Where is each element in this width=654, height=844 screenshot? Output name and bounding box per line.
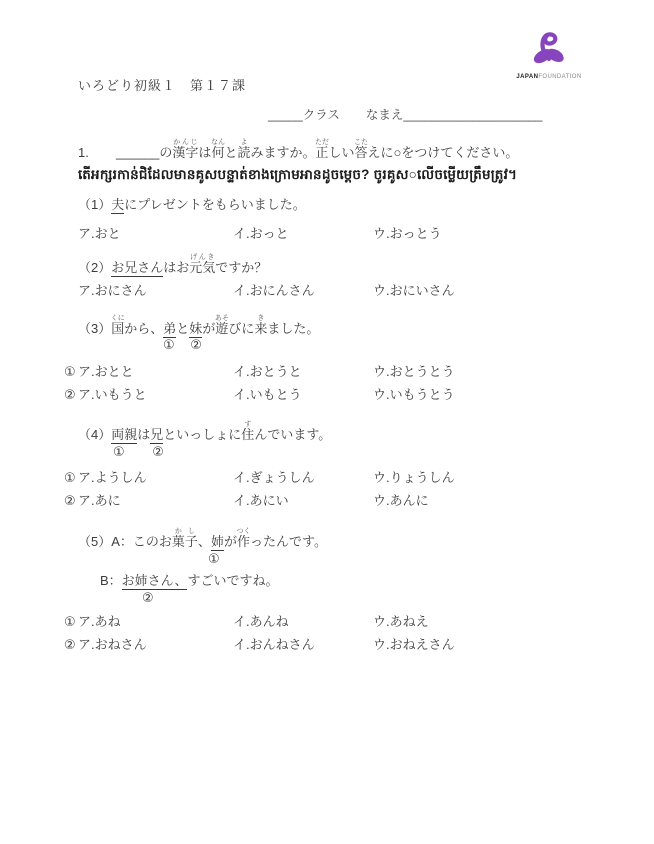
option-i: イ.いもとう	[233, 387, 373, 403]
text-with-furigana: 遊あそ	[215, 321, 228, 336]
circled-2-marker: ②	[190, 337, 202, 353]
circled-1-marker: ①	[208, 551, 220, 567]
worksheet-content: いろどり初級１ 第１７課 _____クラスなまえ________________…	[0, 0, 654, 653]
class-blank: _____	[268, 108, 303, 122]
option-u: ウ.おとうとう	[373, 364, 614, 380]
question-3-stem: （3）国くにから、弟と妹が遊あそびに来きました。	[78, 315, 614, 337]
text-segment: ったんです。	[250, 534, 327, 549]
underlined-kanji: 妹	[189, 321, 202, 338]
japan-foundation-wordmark: JAPANFOUNDATION	[516, 69, 582, 85]
text-segment: の	[159, 145, 172, 160]
underlined-kanji: お姉さん、	[122, 573, 188, 590]
row-marker: ①	[64, 470, 78, 486]
japan-foundation-flower-icon	[528, 30, 570, 64]
task-number: 1.	[78, 145, 116, 161]
question-5-marker-b: ②	[78, 590, 614, 606]
text-segment: ______	[116, 145, 159, 160]
option-a: ア.いもうと	[78, 387, 233, 403]
question-1-stem: （1）夫にプレゼントをもらいました。	[78, 197, 614, 213]
text-with-furigana: 菓子かし	[172, 534, 198, 549]
option-i: イ.ぎょうしん	[233, 470, 373, 486]
option-i: イ.あんね	[233, 614, 373, 630]
question-4-underline-markers: ① ②	[78, 444, 614, 460]
text-segment: んでいます。	[254, 427, 331, 442]
question-2-options: ア.おにさん イ.おにんさん ウ.おにいさん	[78, 283, 614, 299]
question-2-stem: （2）お兄さんはお元気げんきですか？	[78, 254, 614, 276]
option-u: ウ.おねえさん	[373, 637, 614, 653]
text-with-furigana: 正ただ	[316, 145, 329, 160]
option-a: ア.ようしん	[78, 470, 233, 486]
text-with-furigana: 何なん	[211, 145, 224, 160]
option-u: ウ.あんに	[373, 493, 614, 509]
text-segment: はお	[163, 260, 189, 275]
text-segment: 、	[198, 534, 211, 549]
text-segment: と	[176, 321, 189, 336]
text-segment: （1）	[78, 197, 111, 212]
name-label: なまえ	[366, 108, 404, 122]
text-segment: （3）	[78, 321, 111, 336]
question-4-stem: （4）両親は兄といっしょに住すんでいます。	[78, 421, 614, 443]
question-5-options-row-1: ① ア.あね イ.あんね ウ.あねえ	[78, 614, 614, 630]
option-i: イ.おっと	[233, 226, 373, 242]
option-u: ウ.おっとう	[373, 226, 614, 242]
option-i: イ.あにい	[233, 493, 373, 509]
underlined-kanji: 姉	[211, 534, 224, 551]
text-with-furigana: 住す	[241, 427, 254, 442]
brand-bold: JAPAN	[516, 74, 538, 80]
name-blank: ____________________	[403, 108, 542, 122]
text-segment: といっしょに	[163, 427, 241, 442]
option-i: イ.おんねさん	[233, 637, 373, 653]
brand-light: FOUNDATION	[538, 74, 581, 80]
circled-1-marker: ①	[163, 337, 175, 353]
question-4-options-row-1: ① ア.ようしん イ.ぎょうしん ウ.りょうしん	[78, 470, 614, 486]
worksheet-page: JAPANFOUNDATION いろどり初級１ 第１７課 _____クラスなまえ…	[0, 0, 654, 844]
text-segment: から、	[124, 321, 163, 336]
option-a: ア.おにさん	[78, 283, 233, 299]
underlined-kanji: 兄	[150, 427, 163, 444]
underlined-kanji: お兄さん	[111, 260, 163, 277]
text-segment: は	[198, 145, 211, 160]
text-segment: しい	[329, 145, 355, 160]
question-5-line-a: （5）A：このお菓子かし、姉が作つくったんです。	[78, 528, 614, 550]
underlined-kanji: 弟	[163, 321, 176, 338]
option-a: ア.おとと	[78, 364, 233, 380]
row-marker: ②	[64, 493, 78, 509]
text-with-furigana: 漢字かんじ	[172, 145, 198, 160]
text-segment: すごいですね。	[187, 573, 278, 588]
text-segment: みますか。	[250, 145, 315, 160]
text-segment: えに○をつけてください。	[368, 145, 519, 160]
text-with-furigana: 元気げんき	[189, 260, 215, 275]
task-instruction-khmer: តើអក្សរកាន់ជិដែលមានគូសបន្ទាត់ខាងក្រោមអាន…	[78, 167, 614, 183]
question-5-line-b: B：お姉さん、すごいですね。	[100, 573, 614, 589]
circled-1-marker: ①	[113, 444, 125, 460]
text-segment: ですか？	[215, 260, 267, 275]
text-segment: ました。	[267, 321, 319, 336]
question-4-options-row-2: ② ア.あに イ.あにい ウ.あんに	[78, 493, 614, 509]
option-i: イ.おにんさん	[233, 283, 373, 299]
circled-2-marker: ②	[152, 444, 164, 460]
text-with-furigana: 作つく	[237, 534, 250, 549]
option-u: ウ.りょうしん	[373, 470, 614, 486]
text-with-furigana: 国くに	[111, 321, 124, 336]
text-segment: にプレゼントをもらいました。	[124, 197, 305, 212]
question-5-marker-a: ①	[78, 551, 614, 567]
text-segment: が	[202, 321, 215, 336]
task-instruction-japanese: 1.______の漢字かんじは何なんと読よみますか。正ただしい答こたえに○をつけ…	[78, 139, 614, 161]
class-name-line: _____クラスなまえ____________________	[268, 107, 614, 123]
option-a: ア.あに	[78, 493, 233, 509]
text-segment: は	[137, 427, 150, 442]
japan-foundation-logo: JAPANFOUNDATION	[516, 30, 582, 85]
row-marker	[64, 283, 78, 299]
text-with-furigana: 読よ	[237, 145, 250, 160]
text-segment: B：	[100, 573, 122, 588]
instruction-segments: ______の漢字かんじは何なんと読よみますか。正ただしい答こたえに○をつけてく…	[116, 145, 518, 160]
option-a: ア.おと	[78, 226, 233, 242]
row-marker: ①	[64, 364, 78, 380]
option-i: イ.おとうと	[233, 364, 373, 380]
text-segment: （4）	[78, 427, 111, 442]
text-with-furigana: 答こた	[355, 145, 368, 160]
question-3-underline-markers: ① ②	[78, 337, 614, 353]
option-a: ア.おねさん	[78, 637, 233, 653]
text-with-furigana: 来き	[254, 321, 267, 336]
question-3-options-row-1: ① ア.おとと イ.おとうと ウ.おとうとう	[78, 364, 614, 380]
option-u: ウ.おにいさん	[373, 283, 614, 299]
row-marker: ①	[64, 614, 78, 630]
class-label: クラス	[303, 108, 340, 122]
underlined-kanji: 両親	[111, 427, 137, 444]
option-a: ア.あね	[78, 614, 233, 630]
option-u: ウ.いもうとう	[373, 387, 614, 403]
circled-2-marker: ②	[142, 590, 154, 606]
row-marker: ②	[64, 637, 78, 653]
underlined-kanji: 夫	[111, 197, 124, 214]
text-segment: びに	[228, 321, 254, 336]
row-marker	[64, 226, 78, 242]
row-marker: ②	[64, 387, 78, 403]
question-3-options-row-2: ② ア.いもうと イ.いもとう ウ.いもうとう	[78, 387, 614, 403]
text-segment: と	[224, 145, 237, 160]
question-5-options-row-2: ② ア.おねさん イ.おんねさん ウ.おねえさん	[78, 637, 614, 653]
question-1-options: ア.おと イ.おっと ウ.おっとう	[78, 226, 614, 242]
text-segment: （2）	[78, 260, 111, 275]
text-segment: （5）A：このお	[78, 534, 172, 549]
option-u: ウ.あねえ	[373, 614, 614, 630]
